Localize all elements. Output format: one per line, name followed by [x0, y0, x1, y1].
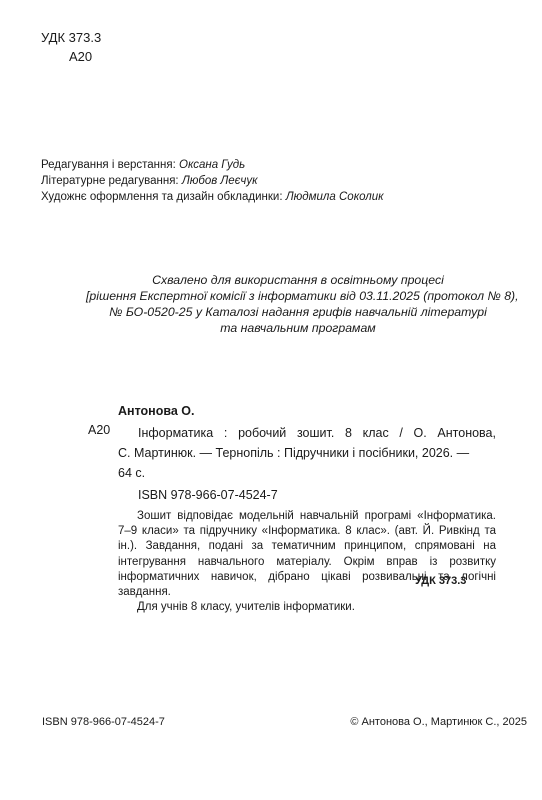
catalog-author: Антонова О. [118, 404, 195, 418]
catalog-udk: УДК 373.3 [415, 575, 466, 587]
footer-copyright: © Антонова О., Мартинюк С., 2025 [350, 716, 527, 728]
credit-editing: Редагування і верстання: Оксана Гудь [41, 157, 384, 173]
catalog-isbn: ISBN 978-966-07-4524-7 [138, 488, 278, 502]
udk-header: УДК 373.3 [41, 30, 101, 45]
bibliographic-description: Інформатика : робочий зошит. 8 клас / О.… [118, 423, 496, 483]
credits-block: Редагування і верстання: Оксана Гудь Літ… [41, 157, 384, 205]
approval-statement: Схвалено для використання в освітньому п… [86, 272, 510, 336]
catalog-code: А20 [88, 423, 110, 437]
author-code-header: А20 [69, 49, 92, 64]
credit-design: Художнє оформлення та дизайн обкладинки:… [41, 189, 384, 205]
annotation: Зошит відповідає модельній навчальній пр… [118, 509, 496, 615]
credit-literary-editing: Літературне редагування: Любов Леєчук [41, 173, 384, 189]
footer-isbn: ISBN 978-966-07-4524-7 [42, 716, 165, 728]
